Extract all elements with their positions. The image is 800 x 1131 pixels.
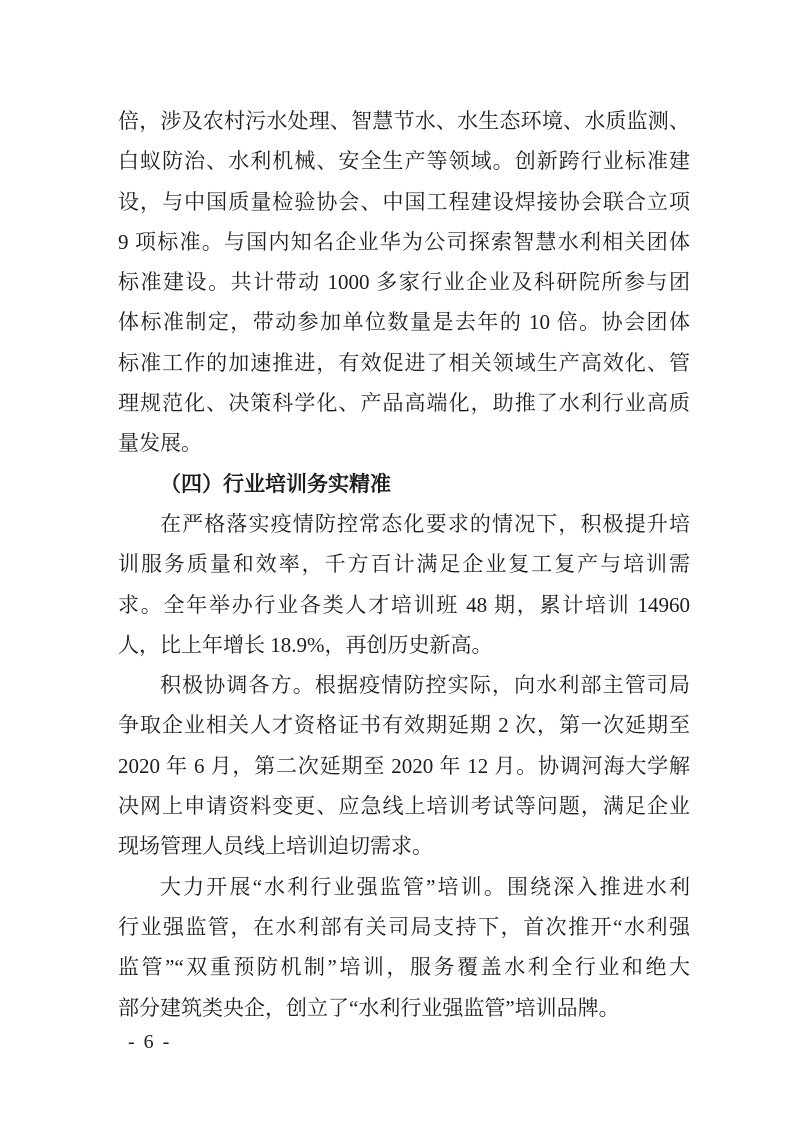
body-line: 求。全年举办行业各类人才培训班 48 期，累计培训 14960 (118, 585, 690, 625)
body-line: 在严格落实疫情防控常态化要求的情况下，积极提升培 (118, 504, 690, 544)
body-line: 人，比上年增长 18.9%，再创历史新高。 (118, 625, 690, 665)
body-line: 部分建筑类央企，创立了“水利行业强监管”培训品牌。 (118, 988, 690, 1028)
body-line: 决网上申请资料变更、应急线上培训考试等问题，满足企业 (118, 786, 690, 826)
body-line: 现场管理人员线上培训迫切需求。 (118, 826, 690, 866)
body-line: 行业强监管，在水利部有关司局支持下，首次推开“水利强 (118, 907, 690, 947)
body-line: 标准工作的加速推进，有效促进了相关领域生产高效化、管 (118, 343, 690, 383)
body-line: 训服务质量和效率，千方百计满足企业复工复产与培训需 (118, 544, 690, 584)
document-page: 倍，涉及农村污水处理、智慧节水、水生态环境、水质监测、 白蚁防治、水利机械、安全… (0, 0, 800, 1131)
body-line: 监管”“双重预防机制”培训，服务覆盖水利全行业和绝大 (118, 947, 690, 987)
body-line: 理规范化、决策科学化、产品高端化，助推了水利行业高质 (118, 383, 690, 423)
body-line: 体标准制定，带动参加单位数量是去年的 10 倍。协会团体 (118, 302, 690, 342)
body-line: 白蚁防治、水利机械、安全生产等领域。创新跨行业标准建 (118, 141, 690, 181)
section-heading: （四）行业培训务实精准 (118, 464, 690, 504)
body-line: 量发展。 (118, 423, 690, 463)
text-block: 倍，涉及农村污水处理、智慧节水、水生态环境、水质监测、 白蚁防治、水利机械、安全… (118, 101, 690, 1028)
body-line: 大力开展“水利行业强监管”培训。围绕深入推进水利 (118, 867, 690, 907)
body-line: 2020 年 6 月，第二次延期至 2020 年 12 月。协调河海大学解 (118, 746, 690, 786)
body-line: 倍，涉及农村污水处理、智慧节水、水生态环境、水质监测、 (118, 101, 690, 141)
body-line: 积极协调各方。根据疫情防控实际，向水利部主管司局 (118, 665, 690, 705)
page-number: - 6 - (128, 1031, 690, 1053)
body-line: 争取企业相关人才资格证书有效期延期 2 次，第一次延期至 (118, 705, 690, 745)
body-line: 标准建设。共计带动 1000 多家行业企业及科研院所参与团 (118, 262, 690, 302)
body-line: 9 项标准。与国内知名企业华为公司探索智慧水利相关团体 (118, 222, 690, 262)
body-line: 设，与中国质量检验协会、中国工程建设焊接协会联合立项 (118, 182, 690, 222)
